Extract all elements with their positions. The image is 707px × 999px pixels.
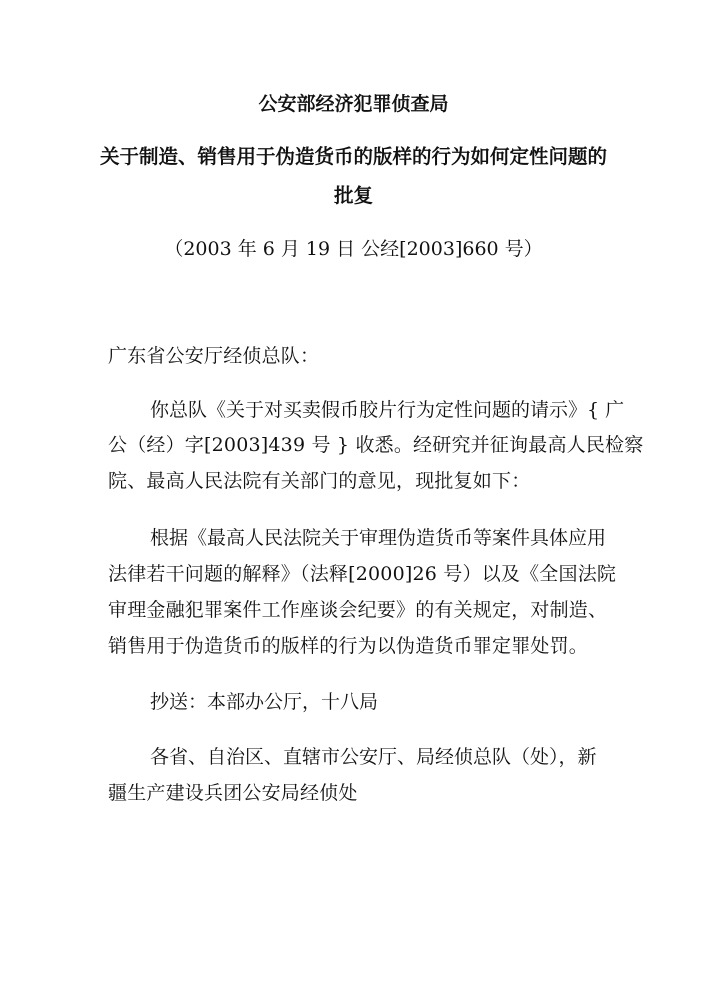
paragraph-2-line-4: 销售用于伪造货币的版样的行为以伪造货币罪定罪处罚。	[108, 634, 588, 658]
paragraph-2-line-2: 法律若干问题的解释》（法释[2000]26 号）以及《全国法院	[108, 562, 616, 586]
distribution-line-1: 各省、自治区、直辖市公安厅、局经侦总队（处），新	[150, 745, 597, 769]
document-title-line-2: 批复	[0, 184, 707, 208]
addressee: 广东省公安厅经侦总队：	[108, 344, 319, 368]
cc-line: 抄送：本部办公厅，十八局	[150, 690, 378, 714]
paragraph-2-line-1: 根据《最高人民法院关于审理伪造货币等案件具体应用	[150, 526, 606, 550]
paragraph-1-line-3: 院、最高人民法院有关部门的意见，现批复如下：	[108, 469, 530, 493]
paragraph-2-line-3: 审理金融犯罪案件工作座谈会纪要》的有关规定，对制造、	[108, 598, 607, 622]
date-reference: （2003 年 6 月 19 日 公经[2003]660 号）	[0, 237, 707, 261]
paragraph-1-line-2: 公（经）字[2003]439 号 } 收悉。经研究并征询最高人民检察	[108, 433, 643, 457]
document-title-line-1: 关于制造、销售用于伪造货币的版样的行为如何定性问题的	[0, 145, 707, 169]
distribution-line-2: 疆生产建设兵团公安局经侦处	[108, 781, 358, 805]
issuer-heading: 公安部经济犯罪侦查局	[0, 92, 707, 116]
paragraph-1-line-1: 你总队《关于对买卖假币胶片行为定性问题的请示》{ 广	[150, 398, 624, 422]
